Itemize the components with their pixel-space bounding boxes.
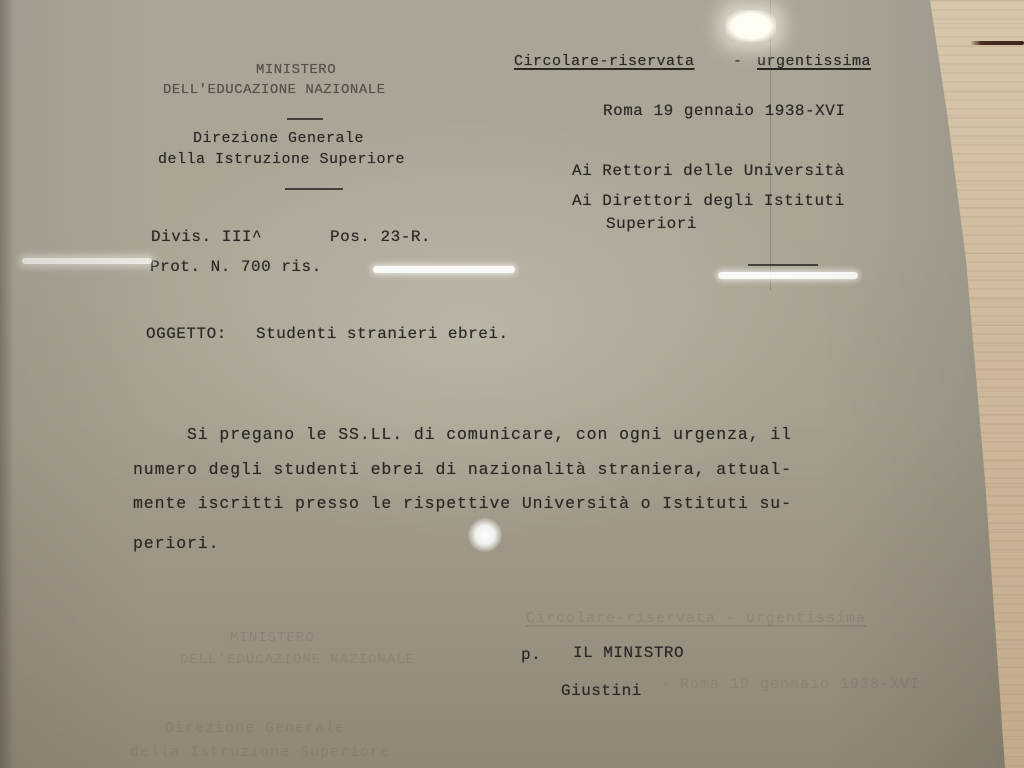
ministry-line2: DELL'EDUCAZIONE NAZIONALE: [163, 82, 386, 98]
directorate-line2: della Istruzione Superiore: [158, 151, 405, 168]
signature-prefix: p.: [521, 646, 541, 664]
division-label: Divis. III^: [151, 228, 262, 246]
body-line-2: numero degli studenti ebrei di nazionali…: [133, 460, 792, 479]
signature-name: Giustini: [561, 682, 642, 700]
subject-label: OGGETTO:: [146, 325, 227, 343]
recipient-separator: [748, 264, 818, 266]
glass-reflection-line: [770, 0, 771, 290]
typed-document-sheet: MINISTERO DELL'EDUCAZIONE NAZIONALE Dire…: [0, 0, 1024, 768]
recipient-line2: Ai Direttori degli Istituti: [572, 192, 845, 210]
signature-title: IL MINISTRO: [573, 644, 684, 662]
lamp-reflection: [726, 10, 776, 42]
classification-reserved: Circolare-riservata: [514, 53, 695, 70]
show-through-classification: Circolare-riservata - urgentissima: [526, 610, 866, 627]
light-spot-reflection: [468, 518, 502, 552]
show-through-ministry2: DELL'EDUCAZIONE NAZIONALE: [180, 652, 415, 668]
header-separator-1: [287, 118, 323, 120]
paper-edge-shadow: [0, 0, 14, 768]
directorate-line1: Direzione Generale: [193, 130, 364, 147]
protocol-number: Prot. N. 700 ris.: [150, 258, 322, 276]
header-separator-2: [285, 188, 343, 190]
classification-separator: -: [733, 53, 743, 70]
body-line-3: mente iscritti presso le rispettive Univ…: [133, 494, 792, 513]
glare-streak-right: [718, 272, 858, 279]
glare-streak-middle: [373, 266, 515, 273]
body-line-1: Si pregano le SS.LL. di comunicare, con …: [133, 425, 792, 444]
subject-text: Studenti stranieri ebrei.: [256, 325, 509, 343]
show-through-directorate1: Direzione Generale: [165, 720, 345, 737]
body-line-4: periori.: [133, 534, 219, 553]
show-through-date: - Roma 19 gennaio 1938-XVI: [660, 676, 920, 693]
glare-streak-left: [22, 258, 152, 264]
classification-urgent: urgentissima: [757, 53, 871, 70]
show-through-directorate2: della Istruzione Superiore: [130, 744, 390, 761]
photo-stage: MINISTERO DELL'EDUCAZIONE NAZIONALE Dire…: [0, 0, 1024, 768]
show-through-ministry1: MINISTERO: [230, 630, 315, 646]
wood-crack: [970, 41, 1024, 45]
recipient-line1: Ai Rettori delle Università: [572, 162, 845, 180]
place-and-date: Roma 19 gennaio 1938-XVI: [603, 102, 845, 120]
recipient-line3: Superiori: [606, 215, 697, 233]
ministry-line1: MINISTERO: [256, 62, 336, 78]
position-label: Pos. 23-R.: [330, 228, 431, 246]
